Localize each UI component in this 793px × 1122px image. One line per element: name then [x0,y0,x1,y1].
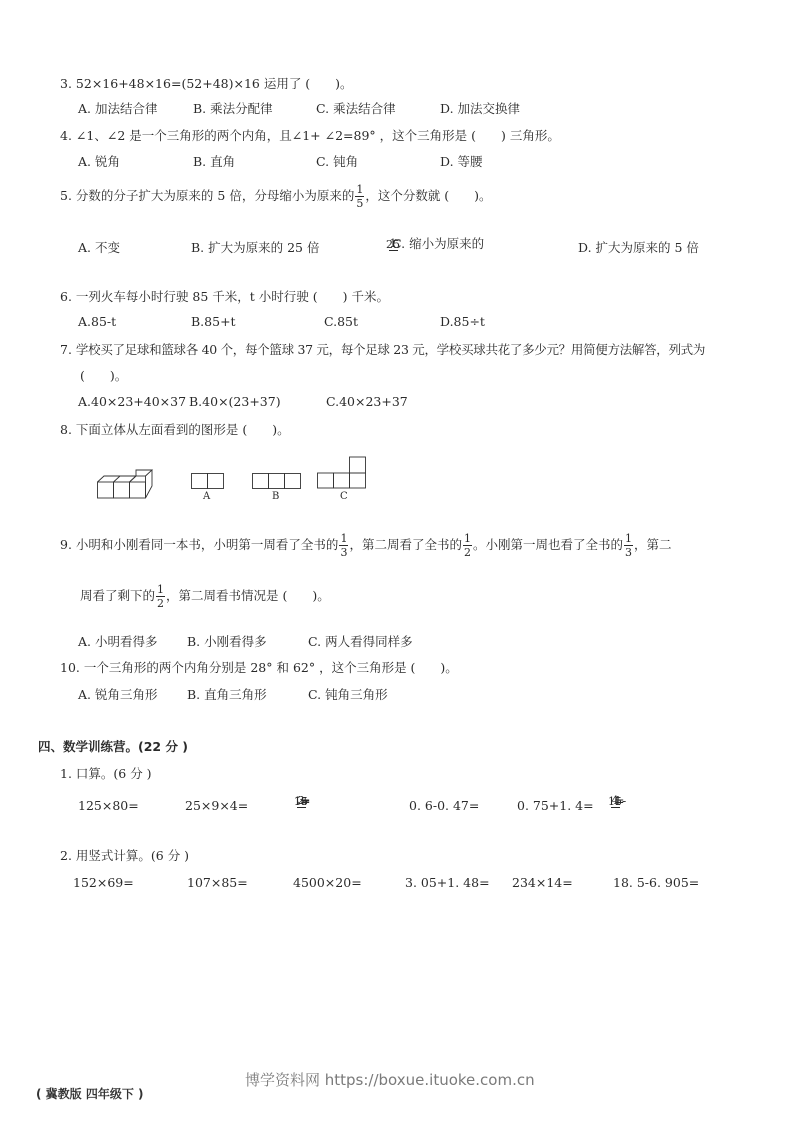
vertical-calc-item: 4500×20= [293,877,362,890]
question-text: 52×16+48×16=(52+48)×16 运用了 ( )。 [76,76,353,91]
question-number: 7. [60,342,72,357]
question-number: 6. [60,289,72,304]
vertical-calc-item: 3. 05+1. 48= [405,877,490,890]
question-10-options: A. 锐角三角形 B. 直角三角形 C. 钝角三角形 [78,689,678,703]
question-7-line2: ( )。 [80,370,127,383]
option-b: B. 乘法分配律 [193,103,273,116]
question-text: 学校买了足球和篮球各 40 个，每个篮球 37 元，每个足球 23 元，学校买球… [76,342,705,357]
question-text-after: ，这个分数就 ( )。 [365,188,491,203]
option-b: B. 直角三角形 [187,689,267,702]
question-number: 10. [60,660,80,675]
option-c: C. 钝角 [316,156,358,169]
option-c: C. 钝角三角形 [308,689,388,702]
option-b: B.85+t [191,316,236,329]
option-a-figure [191,473,225,489]
watermark: 博学资料网 https://boxue.ituoke.com.cn [245,1073,535,1088]
option-a: A. 不变 [78,242,120,255]
edition-label: ( 冀教版 四年级下 ) [36,1088,144,1100]
vertical-calc-item: 152×69= [73,877,134,890]
vertical-calc-item: 18. 5-6. 905= [613,877,699,890]
option-c-figure [317,456,367,489]
option-b: B.40×(23+37) [189,396,281,409]
question-text: 下面立体从左面看到的图形是 ( )。 [76,422,290,437]
question-7-options: A.40×23+40×37 B.40×(23+37) C.40×23+37 [78,396,678,410]
question-9-options: A. 小明看得多 B. 小刚看得多 C. 两人看得同样多 [78,636,678,650]
figure-label-a: A [203,492,210,502]
mental-math-row: 125×80= 25×9×4= 215 + 315 = 0. 6-0. 47= … [78,795,778,825]
question-6: 6. 一列火车每小时行驶 85 千米，t 小时行驶 ( ) 千米。 [60,291,389,304]
question-text: ∠1、∠2 是一个三角形的两个内角，且∠1+ ∠2=89° ，这个三角形是 ( … [76,128,560,143]
option-d: D. 扩大为原来的 5 倍 [578,242,699,255]
section-4-heading: 四、数学训练营。(22 分 ) [38,741,188,754]
option-a: A. 小明看得多 [78,636,157,649]
question-9-line2: 周看了剩下的12，第二周看书情况是 ( )。 [80,584,330,609]
figure-label-b: B [272,492,279,502]
question-9: 9. 小明和小刚看同一本书，小明第一周看了全书的13，第二周看了全书的12。小刚… [60,533,671,558]
fraction: 13 [624,533,633,558]
question-text: 分数的分子扩大为原来的 5 倍，分母缩小为原来的 [76,188,354,203]
option-d: D. 等腰 [440,156,483,169]
question-number: 3. [60,76,72,91]
option-c: C. 乘法结合律 [316,103,396,116]
fraction: 12 [463,533,472,558]
question-text: 一列火车每小时行驶 85 千米，t 小时行驶 ( ) 千米。 [76,289,389,304]
vertical-calc-item: 107×85= [187,877,248,890]
option-d: D. 加法交换律 [440,103,520,116]
option-b: B. 直角 [193,156,235,169]
question-4-options: A. 锐角 B. 直角 C. 钝角 D. 等腰 [78,156,678,170]
option-a: A.85-t [78,316,116,329]
option-a: A. 加法结合律 [78,103,157,116]
question-text: 一个三角形的两个内角分别是 28° 和 62° ，这个三角形是 ( )。 [84,660,458,675]
option-a: A. 锐角三角形 [78,689,157,702]
option-a: A. 锐角 [78,156,120,169]
question-number: 5. [60,188,72,203]
vertical-calc-item: 234×14= [512,877,573,890]
question-8: 8. 下面立体从左面看到的图形是 ( )。 [60,424,290,437]
mental-math-item: 25×9×4= [185,800,248,813]
mental-math-item: 125×80= [78,800,139,813]
question-4: 4. ∠1、∠2 是一个三角形的两个内角，且∠1+ ∠2=89° ，这个三角形是… [60,130,560,143]
mental-math-item: 0. 6-0. 47= [409,800,479,813]
question-number: 4. [60,128,72,143]
question-5-options: A. 不变 B. 扩大为原来的 25 倍 C. 缩小为原来的125 D. 扩大为… [78,238,758,262]
cube-solid-figure [97,469,157,499]
option-d: D.85÷t [440,316,485,329]
question-10: 10. 一个三角形的两个内角分别是 28° 和 62° ，这个三角形是 ( )。 [60,662,458,675]
option-c: C. 两人看得同样多 [308,636,413,649]
section-4-part-1-title: 1. 口算。(6 分 ) [60,768,152,781]
option-c: C.85t [324,316,358,329]
option-a: A.40×23+40×37 [78,396,186,409]
question-5: 5. 分数的分子扩大为原来的 5 倍，分母缩小为原来的15，这个分数就 ( )。 [60,184,492,209]
question-6-options: A.85-t B.85+t C.85t D.85÷t [78,316,678,330]
vertical-calc-row: 152×69= 107×85= 4500×20= 3. 05+1. 48= 23… [73,877,773,891]
option-b: B. 扩大为原来的 25 倍 [191,242,320,255]
fraction: 13 [339,533,348,558]
fraction: 15 [355,184,364,209]
section-4-part-2-title: 2. 用竖式计算。(6 分 ) [60,850,189,863]
option-b-figure [252,473,302,489]
option-c: C.40×23+37 [326,396,408,409]
question-3-options: A. 加法结合律 B. 乘法分配律 C. 乘法结合律 D. 加法交换律 [78,103,678,117]
question-number: 9. [60,537,72,552]
question-3: 3. 52×16+48×16=(52+48)×16 运用了 ( )。 [60,78,353,91]
fraction: 12 [156,584,165,609]
question-number: 8. [60,422,72,437]
figure-label-c: C [340,492,348,502]
question-7: 7. 学校买了足球和篮球各 40 个，每个篮球 37 元，每个足球 23 元，学… [60,344,705,357]
mental-math-item: 0. 75+1. 4= [517,800,594,813]
option-b: B. 小刚看得多 [187,636,267,649]
